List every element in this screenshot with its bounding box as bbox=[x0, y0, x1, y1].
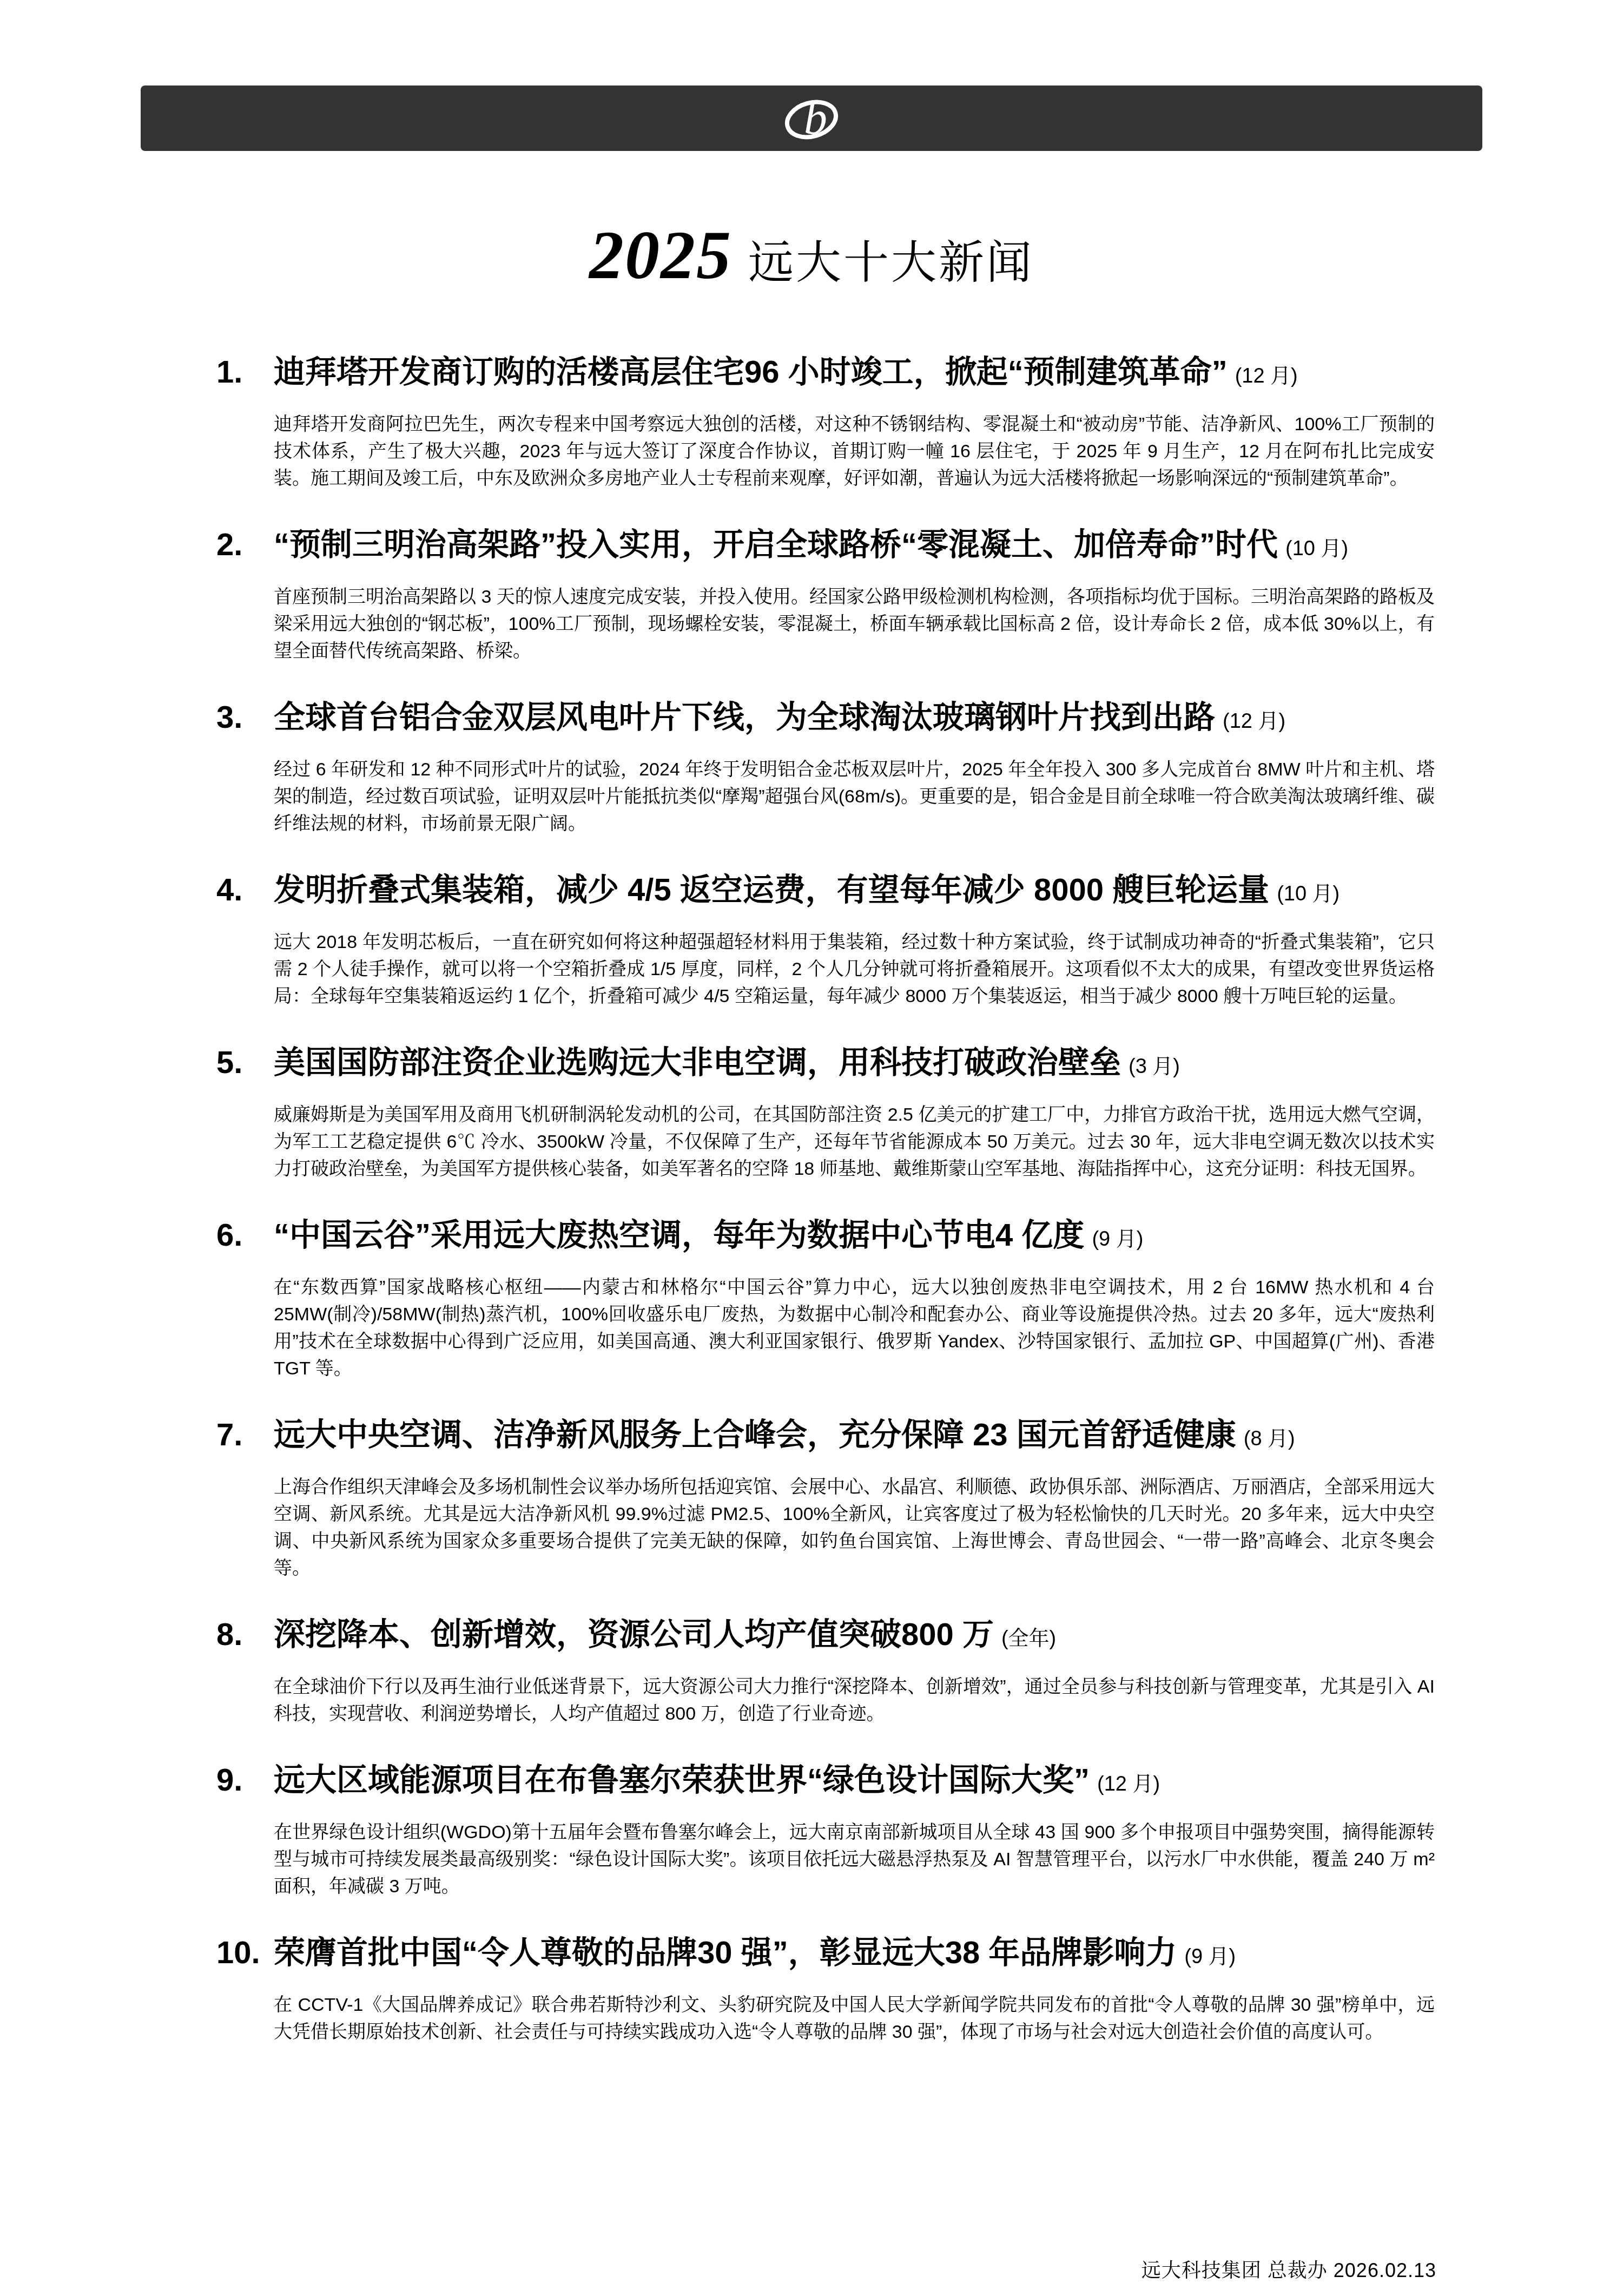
news-item-headline-text: 远大中央空调、洁净新风服务上合峰会，充分保障 23 国元首舒适健康 bbox=[274, 1417, 1236, 1452]
news-item-headline-text: 美国国防部注资企业选购远大非电空调，用科技打破政治壁垒 bbox=[274, 1045, 1121, 1080]
news-item-month: (12 月) bbox=[1223, 710, 1285, 733]
news-item-month: (12 月) bbox=[1235, 365, 1298, 387]
document-footer: 远大科技集团 总裁办 2026.02.13 bbox=[1142, 2255, 1436, 2283]
news-item-body: 在世界绿色设计组织(WGDO)第十五届年会暨布鲁塞尔峰会上，远大南京南部新城项目… bbox=[274, 1819, 1435, 1900]
news-item-headline: “预制三明治高架路”投入实用，开启全球路桥“零混凝土、加倍寿命”时代(10 月) bbox=[274, 525, 1435, 568]
news-item-month: (9 月) bbox=[1184, 1945, 1236, 1968]
news-item-number: 10. bbox=[216, 1933, 260, 1972]
news-item-headline: 美国国防部注资企业选购远大非电空调，用科技打破政治壁垒(3 月) bbox=[274, 1043, 1435, 1086]
news-item-number: 1. bbox=[216, 353, 242, 392]
news-item-headline: 远大区域能源项目在布鲁塞尔荣获世界“绿色设计国际大奖”(12 月) bbox=[274, 1761, 1435, 1804]
news-item-number: 2. bbox=[216, 525, 242, 564]
news-item-5: 5. 美国国防部注资企业选购远大非电空调，用科技打破政治壁垒(3 月) 威廉姆斯… bbox=[216, 1043, 1435, 1182]
news-item-6: 6. “中国云谷”采用远大废热空调，每年为数据中心节电4 亿度(9 月) 在“东… bbox=[216, 1216, 1435, 1382]
brand-logo-bar: b bbox=[141, 85, 1482, 151]
news-item-4: 4. 发明折叠式集装箱，减少 4/5 返空运费，有望每年减少 8000 艘巨轮运… bbox=[216, 871, 1435, 1010]
news-item-month: (12 月) bbox=[1097, 1773, 1160, 1795]
news-item-headline: 远大中央空调、洁净新风服务上合峰会，充分保障 23 国元首舒适健康(8 月) bbox=[274, 1416, 1435, 1458]
news-item-month: (3 月) bbox=[1129, 1055, 1180, 1078]
news-item-month: (9 月) bbox=[1092, 1228, 1143, 1251]
news-item-10: 10. 荣膺首批中国“令人尊敬的品牌30 强”，彰显远大38 年品牌影响力(9 … bbox=[216, 1933, 1435, 2045]
news-item-body: 经过 6 年研发和 12 种不同形式叶片的试验，2024 年终于发明铝合金芯板双… bbox=[274, 756, 1435, 837]
news-item-headline-text: 迪拜塔开发商订购的活楼高层住宅96 小时竣工，掀起“预制建筑革命” bbox=[274, 354, 1228, 390]
broad-logo-icon: b bbox=[776, 91, 847, 146]
news-item-number: 8. bbox=[216, 1615, 242, 1654]
news-item-month: (8 月) bbox=[1244, 1427, 1295, 1450]
news-item-body: 在全球油价下行以及再生油行业低迷背景下，远大资源公司大力推行“深挖降本、创新增效… bbox=[274, 1673, 1435, 1727]
news-item-8: 8. 深挖降本、创新增效，资源公司人均产值突破800 万(全年) 在全球油价下行… bbox=[216, 1615, 1435, 1727]
news-item-month: (10 月) bbox=[1277, 883, 1340, 905]
title-year: 2025 bbox=[589, 215, 732, 295]
news-item-body: 威廉姆斯是为美国军用及商用飞机研制涡轮发动机的公司，在其国防部注资 2.5 亿美… bbox=[274, 1101, 1435, 1182]
news-item-number: 6. bbox=[216, 1216, 242, 1255]
news-item-headline: 发明折叠式集装箱，减少 4/5 返空运费，有望每年减少 8000 艘巨轮运量(1… bbox=[274, 871, 1435, 913]
news-list: 1. 迪拜塔开发商订购的活楼高层住宅96 小时竣工，掀起“预制建筑革命”(12 … bbox=[216, 353, 1435, 2045]
news-item-body: 迪拜塔开发商阿拉巴先生，两次专程来中国考察远大独创的活楼，对这种不锈钢结构、零混… bbox=[274, 411, 1435, 492]
news-item-number: 7. bbox=[216, 1416, 242, 1455]
news-item-headline-text: 荣膺首批中国“令人尊敬的品牌30 强”，彰显远大38 年品牌影响力 bbox=[274, 1935, 1177, 1970]
news-item-1: 1. 迪拜塔开发商订购的活楼高层住宅96 小时竣工，掀起“预制建筑革命”(12 … bbox=[216, 353, 1435, 492]
news-item-number: 3. bbox=[216, 698, 242, 737]
news-item-month: (全年) bbox=[1001, 1627, 1056, 1650]
news-item-3: 3. 全球首台铝合金双层风电叶片下线，为全球淘汰玻璃钢叶片找到出路(12 月) … bbox=[216, 698, 1435, 837]
page-title: 2025 远大十大新闻 bbox=[0, 215, 1623, 295]
news-item-headline-text: “预制三明治高架路”投入实用，开启全球路桥“零混凝土、加倍寿命”时代 bbox=[274, 527, 1278, 562]
broad-logo-letter: b bbox=[804, 92, 827, 144]
news-item-headline-text: “中国云谷”采用远大废热空调，每年为数据中心节电4 亿度 bbox=[274, 1218, 1084, 1253]
news-item-month: (10 月) bbox=[1285, 537, 1348, 560]
news-item-headline-text: 深挖降本、创新增效，资源公司人均产值突破800 万 bbox=[274, 1617, 994, 1652]
news-item-body: 在 CCTV-1《大国品牌养成记》联合弗若斯特沙利文、头豹研究院及中国人民大学新… bbox=[274, 1991, 1435, 2045]
news-item-headline: 深挖降本、创新增效，资源公司人均产值突破800 万(全年) bbox=[274, 1615, 1435, 1658]
news-item-body: 上海合作组织天津峰会及多场机制性会议举办场所包括迎宾馆、会展中心、水晶宫、利顺德… bbox=[274, 1473, 1435, 1582]
news-item-headline: 迪拜塔开发商订购的活楼高层住宅96 小时竣工，掀起“预制建筑革命”(12 月) bbox=[274, 353, 1435, 396]
news-item-headline-text: 发明折叠式集装箱，减少 4/5 返空运费，有望每年减少 8000 艘巨轮运量 bbox=[274, 872, 1269, 907]
title-text: 远大十大新闻 bbox=[748, 226, 1034, 292]
news-item-9: 9. 远大区域能源项目在布鲁塞尔荣获世界“绿色设计国际大奖”(12 月) 在世界… bbox=[216, 1761, 1435, 1900]
news-item-number: 9. bbox=[216, 1761, 242, 1800]
document-page: { "logo": { "letter": "b" }, "title": { … bbox=[0, 0, 1623, 2296]
news-item-body: 在“东数西算”国家战略核心枢纽——内蒙古和林格尔“中国云谷”算力中心，远大以独创… bbox=[274, 1274, 1435, 1382]
news-item-headline: “中国云谷”采用远大废热空调，每年为数据中心节电4 亿度(9 月) bbox=[274, 1216, 1435, 1259]
news-item-number: 4. bbox=[216, 871, 242, 910]
news-item-2: 2. “预制三明治高架路”投入实用，开启全球路桥“零混凝土、加倍寿命”时代(10… bbox=[216, 525, 1435, 665]
news-item-body: 远大 2018 年发明芯板后，一直在研究如何将这种超强超轻材料用于集装箱，经过数… bbox=[274, 929, 1435, 1010]
news-item-7: 7. 远大中央空调、洁净新风服务上合峰会，充分保障 23 国元首舒适健康(8 月… bbox=[216, 1416, 1435, 1582]
news-item-headline-text: 远大区域能源项目在布鲁塞尔荣获世界“绿色设计国际大奖” bbox=[274, 1762, 1090, 1798]
news-item-body: 首座预制三明治高架路以 3 天的惊人速度完成安装，并投入使用。经国家公路甲级检测… bbox=[274, 583, 1435, 665]
news-item-headline: 全球首台铝合金双层风电叶片下线，为全球淘汰玻璃钢叶片找到出路(12 月) bbox=[274, 698, 1435, 741]
news-item-number: 5. bbox=[216, 1043, 242, 1082]
news-item-headline: 荣膺首批中国“令人尊敬的品牌30 强”，彰显远大38 年品牌影响力(9 月) bbox=[274, 1933, 1435, 1976]
news-item-headline-text: 全球首台铝合金双层风电叶片下线，为全球淘汰玻璃钢叶片找到出路 bbox=[274, 700, 1215, 735]
